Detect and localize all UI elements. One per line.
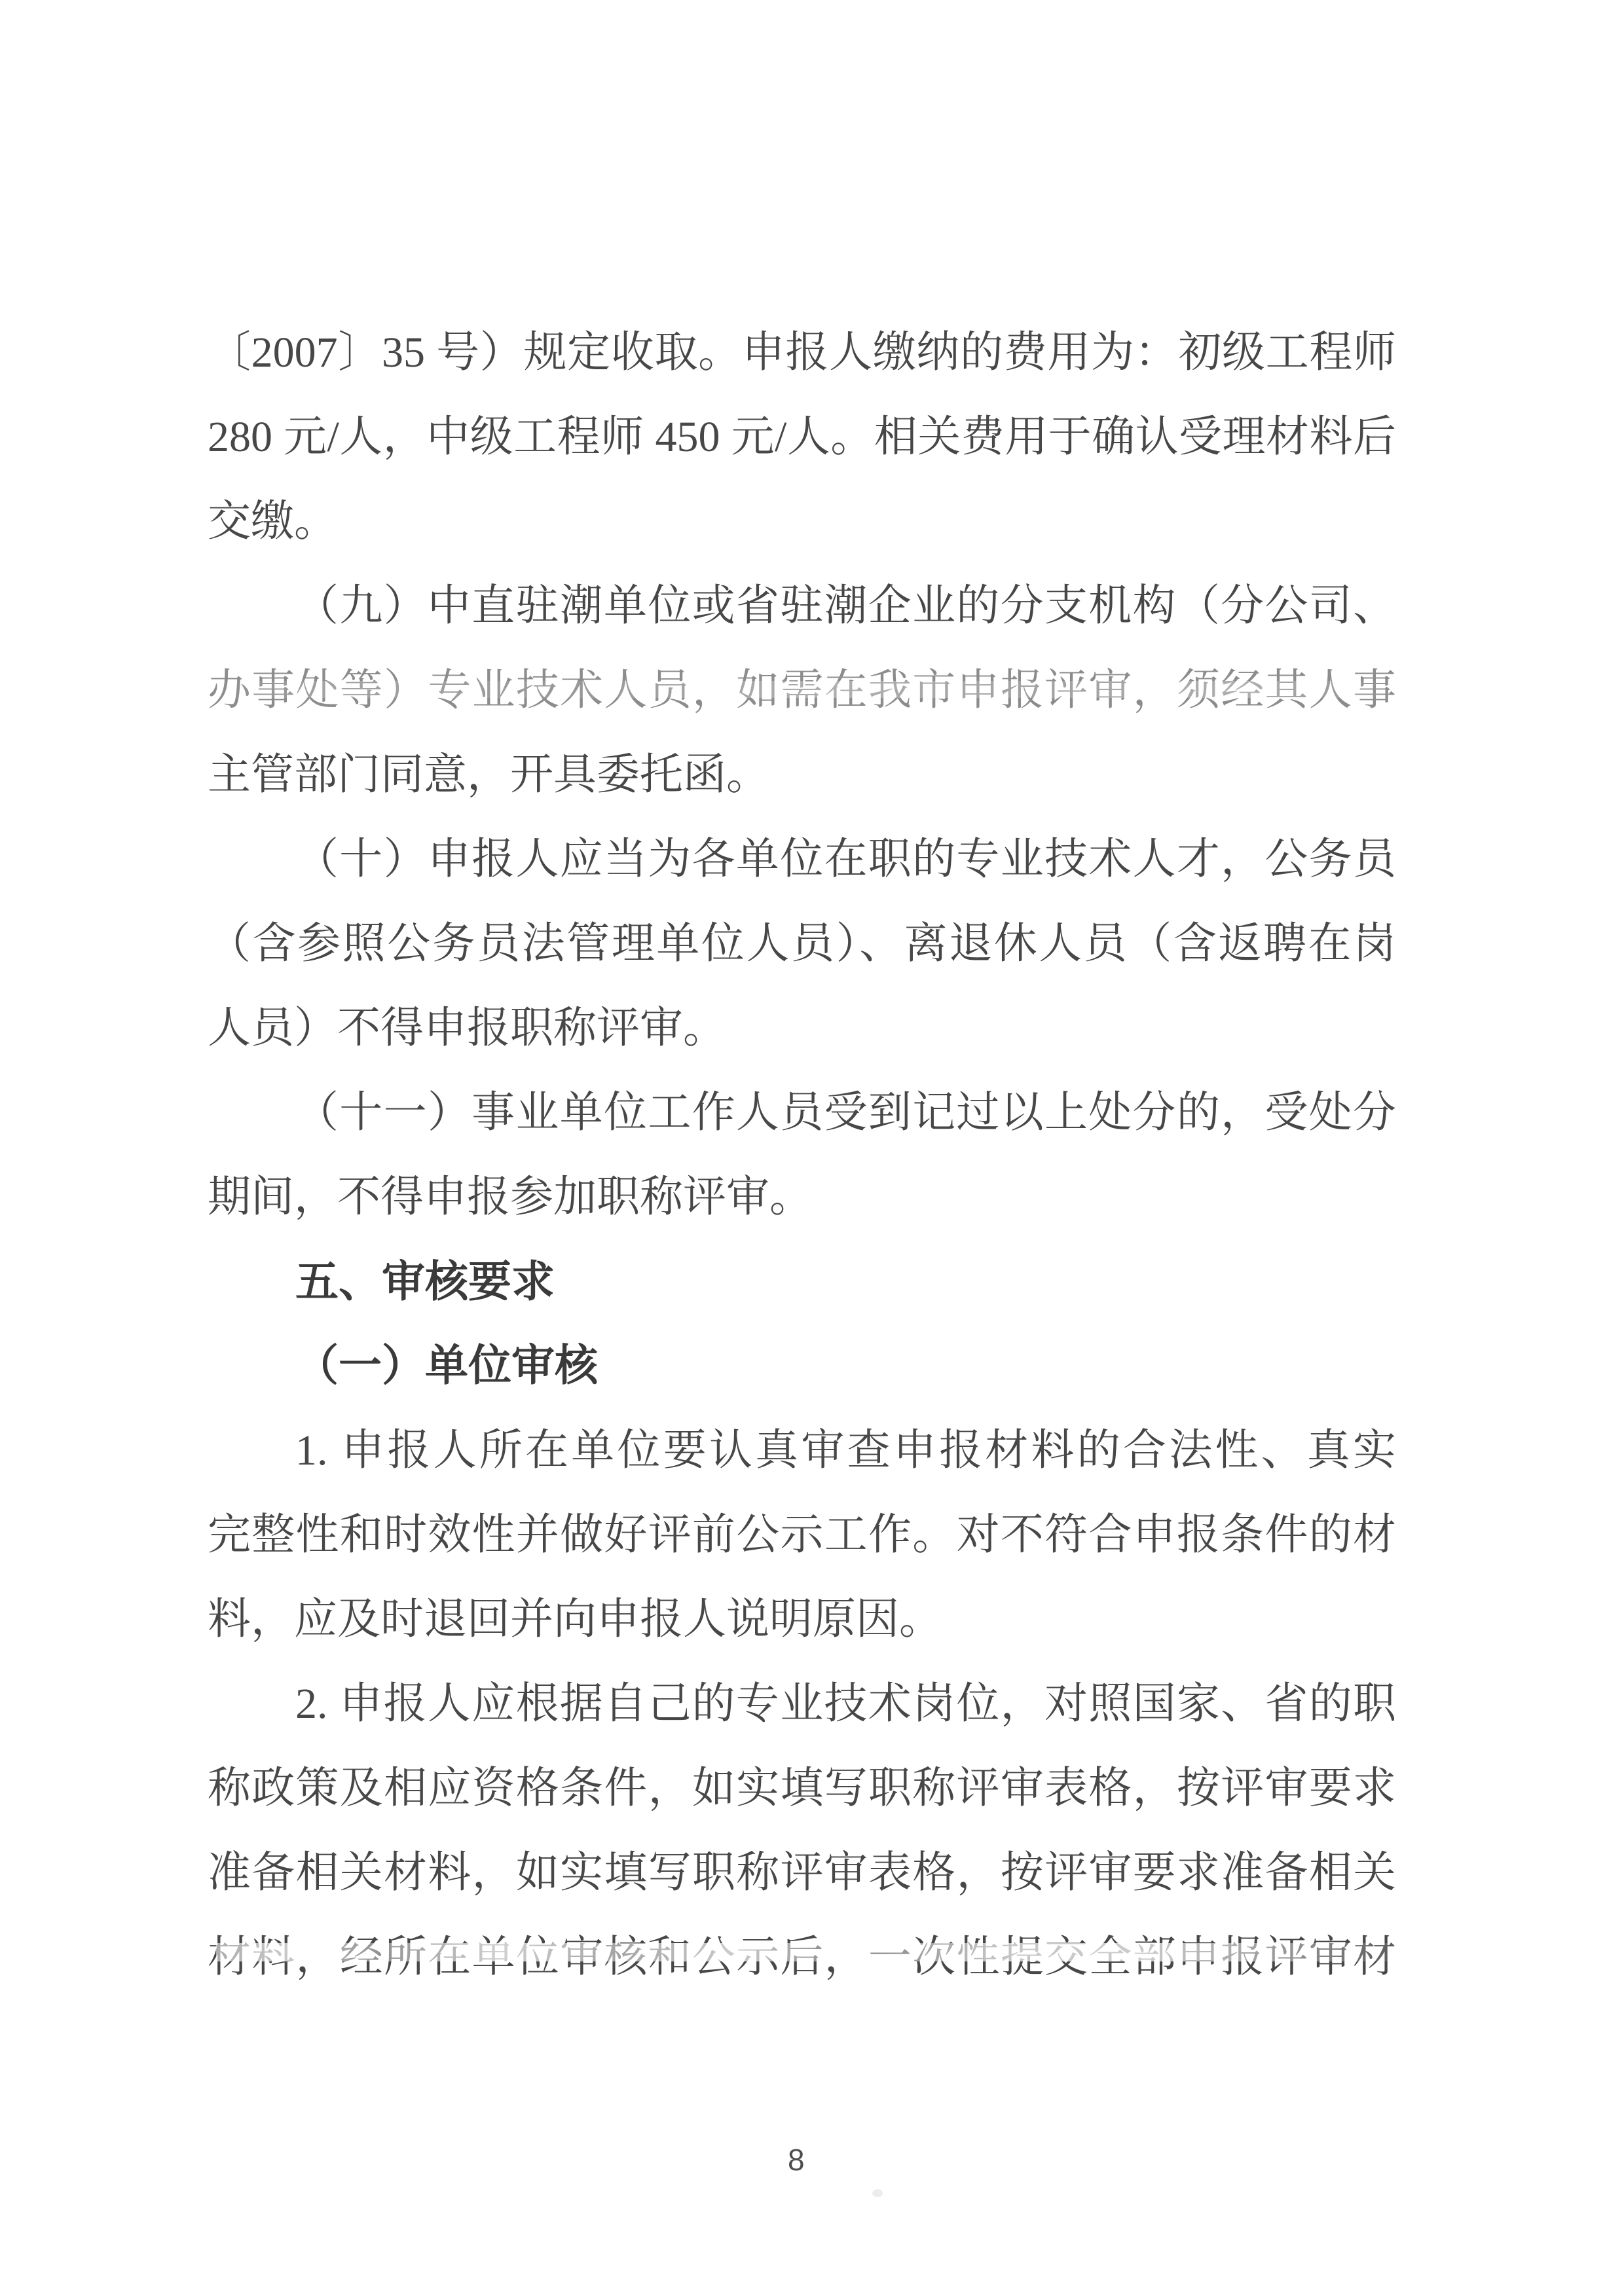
text-line: （含参照公务员法管理单位人员）、离退休人员（含返聘在岗	[208, 902, 1396, 986]
text-line: 〔2007〕35 号）规定收取。申报人缴纳的费用为：初级工程师	[208, 310, 1396, 395]
page-number: 8	[788, 2145, 805, 2175]
text-line: 2. 申报人应根据自己的专业技术岗位，对照国家、省的职	[208, 1662, 1396, 1746]
scan-speck	[872, 2189, 883, 2197]
text-line: 交缴。	[208, 479, 1396, 564]
text-line: 称政策及相应资格条件，如实填写职称评审表格，按评审要求	[208, 1746, 1396, 1831]
text-line: （十）申报人应当为各单位在职的专业技术人才，公务员	[208, 817, 1396, 902]
text-line: （九）中直驻潮单位或省驻潮企业的分支机构（分公司、	[208, 564, 1396, 648]
text-line: 主管部门同意，开具委托函。	[208, 733, 1396, 817]
text-line: 料，应及时退回并向申报人说明原因。	[208, 1577, 1396, 1662]
text-line: 办事处等）专业技术人员，如需在我市申报评审，须经其人事	[208, 648, 1396, 733]
text-line: 280 元/人，中级工程师 450 元/人。相关费用于确认受理材料后	[208, 395, 1396, 479]
document-page: 〔2007〕35 号）规定收取。申报人缴纳的费用为：初级工程师 280 元/人，…	[0, 0, 1624, 2296]
text-line: 完整性和时效性并做好评前公示工作。对不符合申报条件的材	[208, 1493, 1396, 1577]
document-body: 〔2007〕35 号）规定收取。申报人缴纳的费用为：初级工程师 280 元/人，…	[208, 310, 1396, 1999]
subsection-heading: （一）单位审核	[208, 1324, 1396, 1408]
text-line: 材料，经所在单位审核和公示后，一次性提交全部申报评审材	[208, 1915, 1396, 1999]
text-line: 期间，不得申报参加职称评审。	[208, 1155, 1396, 1239]
text-line: 1. 申报人所在单位要认真审查申报材料的合法性、真实性、	[208, 1408, 1396, 1493]
text-line: （十一）事业单位工作人员受到记过以上处分的，受处分	[208, 1070, 1396, 1155]
section-heading: 五、审核要求	[208, 1239, 1396, 1324]
text-line: 人员）不得申报职称评审。	[208, 986, 1396, 1070]
text-line: 准备相关材料，如实填写职称评审表格，按评审要求准备相关	[208, 1831, 1396, 1915]
